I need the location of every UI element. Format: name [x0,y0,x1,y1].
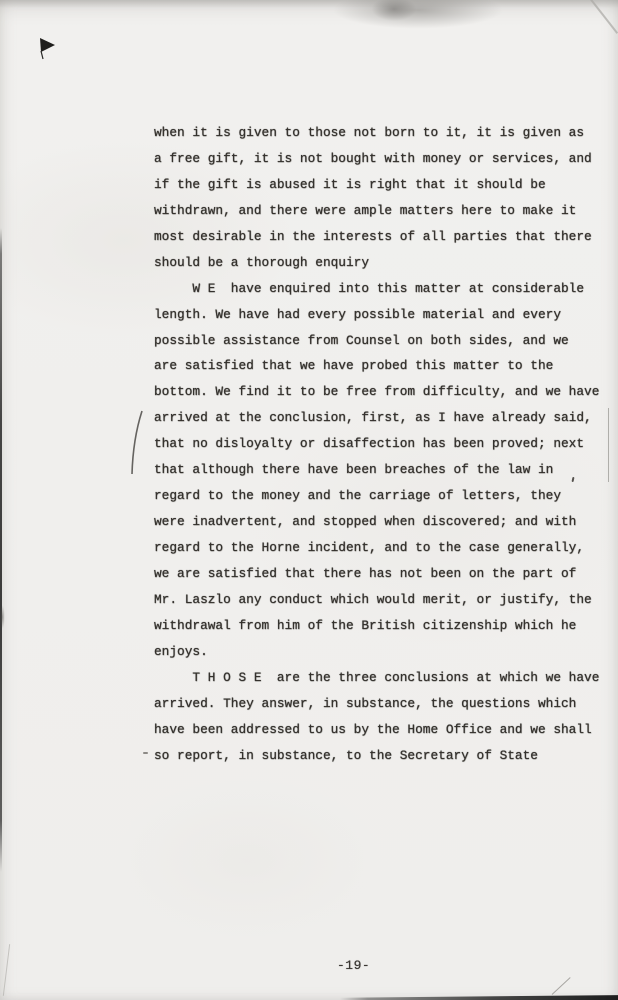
typewritten-line: should be a thorough enquiry [154,250,618,276]
stray-ink-dot [143,752,148,754]
typewritten-line: most desirable in the interests of all p… [154,224,618,250]
typewritten-line: have been addressed to us by the Home Of… [154,717,618,743]
typewritten-line: length. We have had every possible mater… [154,302,618,328]
typewritten-line: we are satisfied that there has not been… [154,561,618,587]
scan-scratch-bottom-left [3,944,10,996]
typewritten-line: bottom. We find it to be free from diffi… [154,379,618,405]
typewritten-line: W E have enquired into this matter at co… [154,276,618,302]
typewritten-line: are satisfied that we have probed this m… [154,353,618,379]
typewritten-line: possible assistance from Counsel on both… [154,328,618,354]
typewritten-line: enjoys. [154,639,618,665]
typewritten-line: T H O S E are the three conclusions at w… [154,665,618,691]
scanned-document-page: when it is given to those not born to it… [0,0,618,1000]
scan-scratch-bottom-right [552,977,571,995]
typewritten-line: regard to the money and the carriage of … [154,483,618,509]
scan-smudge-dark [366,0,422,24]
typewritten-line: arrived at the conclusion, first, as I h… [154,405,618,431]
typewritten-line: were inadvertent, and stopped when disco… [154,509,618,535]
typewritten-line: regard to the Horne incident, and to the… [154,535,618,561]
page-number: -19- [337,958,370,973]
typewritten-line: if the gift is abused it is right that i… [154,172,618,198]
document-text: when it is given to those not born to it… [154,120,618,768]
typewritten-line: that although there have been breaches o… [154,457,618,483]
typewritten-line: when it is given to those not born to it… [154,120,618,146]
scan-left-edge-line [0,228,2,872]
scan-top-edge-shade [0,0,618,8]
typewritten-line: withdrawn, and there were ample matters … [154,198,618,224]
handwritten-slash-mark [126,407,148,479]
typewritten-line: Mr. Laszlo any conduct which would merit… [154,587,618,613]
typewritten-line: that no disloyalty or disaffection has b… [154,431,618,457]
scan-left-edge-blob [0,604,5,630]
typewritten-line: a free gift, it is not bought with money… [154,146,618,172]
scan-bottom-edge-band [340,994,618,1000]
typewritten-line: so report, in substance, to the Secretar… [154,743,618,769]
typewritten-line: withdrawal from him of the British citiz… [154,613,618,639]
flag-mark-icon [37,37,59,61]
typewritten-line: arrived. They answer, in substance, the … [154,691,618,717]
